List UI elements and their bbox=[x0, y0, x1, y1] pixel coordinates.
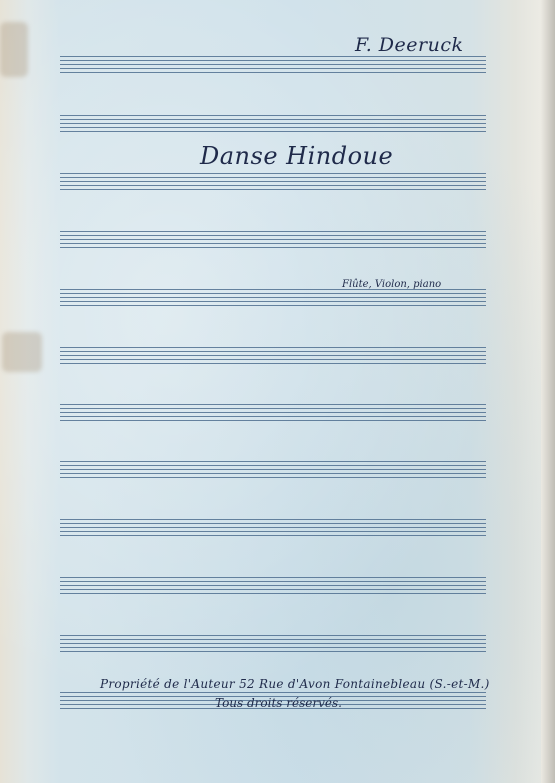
staff-line bbox=[60, 189, 486, 190]
staff-line bbox=[60, 639, 486, 640]
staff-line bbox=[60, 408, 486, 409]
staff-line bbox=[60, 404, 486, 405]
staff-line bbox=[60, 477, 486, 478]
staff-line bbox=[60, 127, 486, 128]
staff-line bbox=[60, 531, 486, 532]
staff-line bbox=[60, 64, 486, 65]
staff bbox=[60, 519, 486, 537]
staff-line bbox=[60, 131, 486, 132]
staff-line bbox=[60, 123, 486, 124]
staff-line bbox=[60, 585, 486, 586]
staff-line bbox=[60, 347, 486, 348]
staff bbox=[60, 577, 486, 595]
staff-line bbox=[60, 461, 486, 462]
staff-line bbox=[60, 527, 486, 528]
staff-line bbox=[60, 173, 486, 174]
staff bbox=[60, 461, 486, 479]
staff-line bbox=[60, 72, 486, 73]
staff bbox=[60, 56, 486, 74]
manuscript-page: F. Deeruck Danse Hindoue Flûte, Violon, … bbox=[0, 0, 555, 783]
paper-edge bbox=[541, 0, 555, 783]
staff-line bbox=[60, 297, 486, 298]
staff-line bbox=[60, 465, 486, 466]
staff-line bbox=[60, 593, 486, 594]
staff-line bbox=[60, 473, 486, 474]
staff bbox=[60, 115, 486, 133]
staff-line bbox=[60, 519, 486, 520]
staff-line bbox=[60, 293, 486, 294]
staff bbox=[60, 347, 486, 365]
staff-line bbox=[60, 355, 486, 356]
staff-line bbox=[60, 247, 486, 248]
staff-line bbox=[60, 581, 486, 582]
staff-line bbox=[60, 359, 486, 360]
staff-line bbox=[60, 643, 486, 644]
staff bbox=[60, 289, 486, 307]
staff-line bbox=[60, 231, 486, 232]
staff-line bbox=[60, 577, 486, 578]
staff-line bbox=[60, 68, 486, 69]
staff-line bbox=[60, 181, 486, 182]
staff-line bbox=[60, 692, 486, 693]
staff-line bbox=[60, 243, 486, 244]
staff-line bbox=[60, 235, 486, 236]
staff-line bbox=[60, 535, 486, 536]
staff-line bbox=[60, 635, 486, 636]
staff-line bbox=[60, 60, 486, 61]
tape-stain-middle bbox=[2, 332, 42, 372]
staff-line bbox=[60, 651, 486, 652]
staff-line bbox=[60, 177, 486, 178]
staff-line bbox=[60, 239, 486, 240]
footer-rights: Tous droits réservés. bbox=[215, 696, 342, 710]
staff bbox=[60, 404, 486, 422]
staff-line bbox=[60, 119, 486, 120]
staff-line bbox=[60, 412, 486, 413]
staff-line bbox=[60, 469, 486, 470]
staff bbox=[60, 635, 486, 653]
staff-line bbox=[60, 363, 486, 364]
staff-line bbox=[60, 420, 486, 421]
staff-line bbox=[60, 115, 486, 116]
staff-line bbox=[60, 301, 486, 302]
staff-line bbox=[60, 589, 486, 590]
composer-name: F. Deeruck bbox=[355, 34, 464, 56]
staff-line bbox=[60, 305, 486, 306]
footer-address: Propriété de l'Auteur 52 Rue d'Avon Font… bbox=[100, 677, 490, 691]
staff-line bbox=[60, 647, 486, 648]
staff bbox=[60, 231, 486, 249]
tape-stain-top bbox=[0, 22, 28, 77]
instrumentation: Flûte, Violon, piano bbox=[342, 279, 441, 290]
staff bbox=[60, 173, 486, 191]
staff-line bbox=[60, 351, 486, 352]
piece-title: Danse Hindoue bbox=[200, 142, 393, 170]
staff-line bbox=[60, 523, 486, 524]
staff-line bbox=[60, 56, 486, 57]
staff-line bbox=[60, 416, 486, 417]
staff-line bbox=[60, 185, 486, 186]
